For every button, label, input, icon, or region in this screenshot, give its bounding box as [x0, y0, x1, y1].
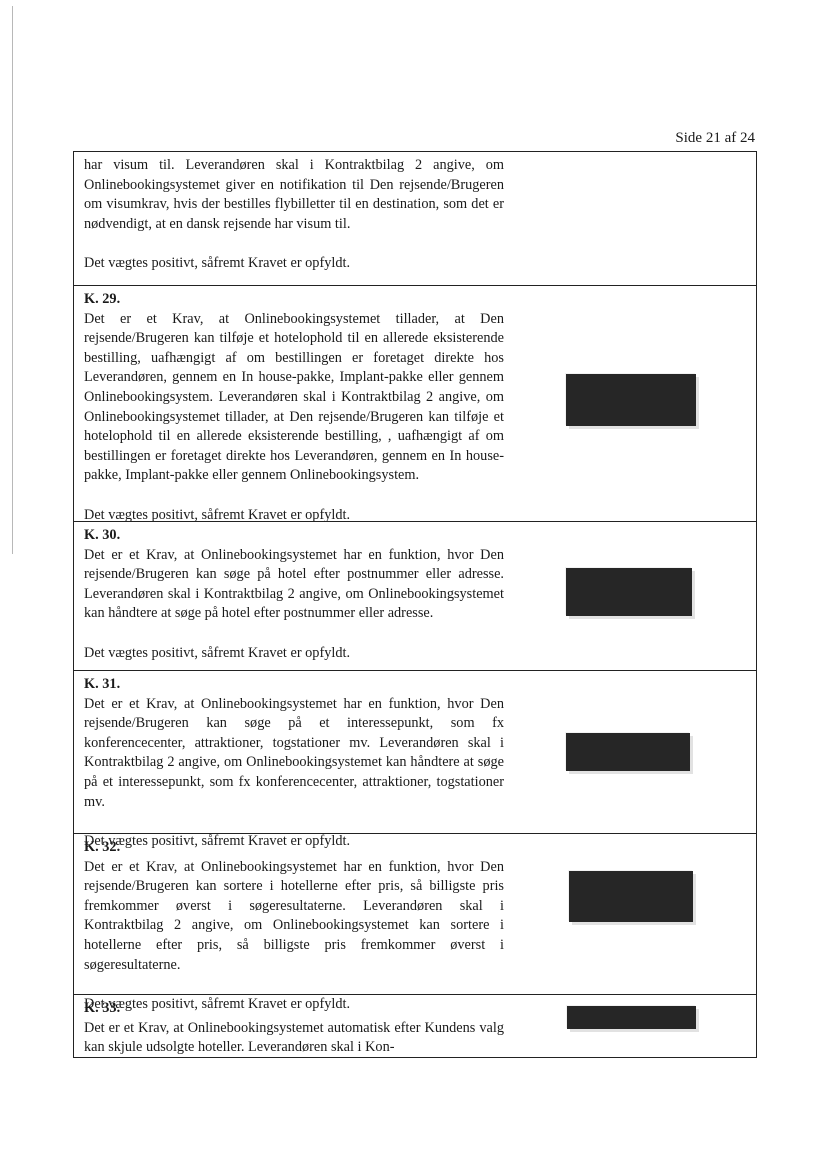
requirements-table: har visum til. Leverandøren skal i Kontr… — [73, 151, 757, 1058]
page-number: Side 21 af 24 — [675, 130, 755, 147]
redacted-block — [566, 733, 690, 771]
requirement-body: Det er et Krav, at Onlinebookingsystemet… — [84, 858, 504, 976]
requirement-id: K. 31. — [84, 675, 504, 695]
requirement-weighting: Det vægtes positivt, såfremt Kravet er o… — [84, 644, 504, 664]
requirement-body: Det er et Krav, at Onlinebookingsystemet… — [84, 546, 504, 624]
requirement-row-continued: har visum til. Leverandøren skal i Kontr… — [74, 151, 756, 285]
requirement-row-k32: K. 32. Det er et Krav, at Onlinebookings… — [74, 833, 756, 994]
redacted-block — [567, 1006, 696, 1029]
redacted-block — [569, 871, 693, 922]
requirement-row-k31: K. 31. Det er et Krav, at Onlinebookings… — [74, 670, 756, 833]
redacted-block — [566, 374, 696, 426]
redacted-block — [566, 568, 692, 616]
requirement-row-k30: K. 30. Det er et Krav, at Onlinebookings… — [74, 521, 756, 670]
requirement-id: K. 33. — [84, 999, 504, 1019]
requirement-body: Det er et Krav, at Onlinebookingsystemet… — [84, 310, 504, 486]
requirement-body: har visum til. Leverandøren skal i Kontr… — [84, 156, 504, 234]
scan-margin-line — [12, 6, 13, 554]
requirement-id: K. 32. — [84, 838, 504, 858]
requirement-body: Det er et Krav, at Onlinebookingsystemet… — [84, 1019, 504, 1058]
requirement-weighting: Det vægtes positivt, såfremt Kravet er o… — [84, 254, 504, 274]
requirement-id: K. 29. — [84, 290, 504, 310]
requirement-body: Det er et Krav, at Onlinebookingsystemet… — [84, 695, 504, 813]
requirement-id: K. 30. — [84, 526, 504, 546]
requirement-row-k33: K. 33. Det er et Krav, at Onlinebookings… — [74, 994, 756, 1058]
requirement-row-k29: K. 29. Det er et Krav, at Onlinebookings… — [74, 285, 756, 521]
